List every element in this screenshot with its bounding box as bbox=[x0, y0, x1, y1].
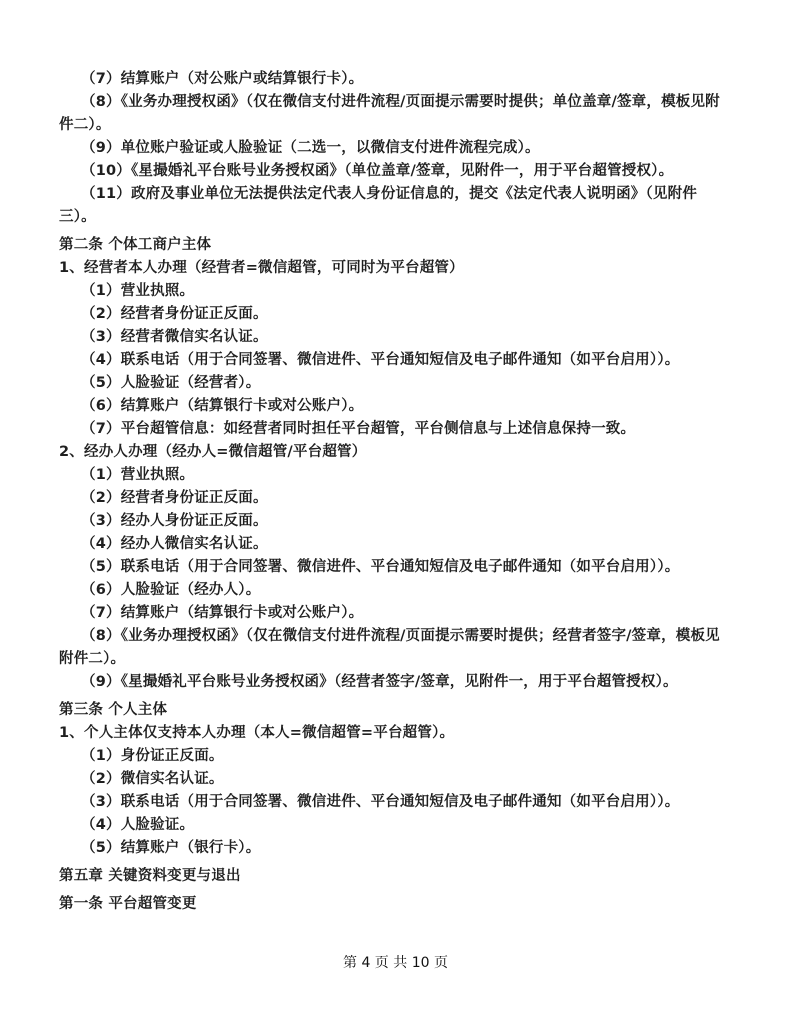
clause-item: （5）结算账户（银行卡）。 bbox=[59, 837, 731, 860]
clause-item: （1）身份证正反面。 bbox=[59, 745, 731, 768]
clause-item: （9）单位账户验证或人脸验证（二选一，以微信支付进件流程完成）。 bbox=[59, 137, 731, 160]
chapter-heading: 第五章 关键资料变更与退出 bbox=[59, 865, 731, 888]
clause-item: （7）平台超管信息：如经营者同时担任平台超管，平台侧信息与上述信息保持一致。 bbox=[59, 418, 731, 441]
clause-item: （5）联系电话（用于合同签署、微信进件、平台通知短信及电子邮件通知（如平台启用）… bbox=[59, 556, 731, 579]
clause-item: （5）人脸验证（经营者）。 bbox=[59, 372, 731, 395]
clause-item: （3）经办人身份证正反面。 bbox=[59, 510, 731, 533]
document-page: （7）结算账户（对公账户或结算银行卡）。 （8）《业务办理授权函》（仅在微信支付… bbox=[0, 0, 791, 1024]
clause-item: （8）《业务办理授权函》（仅在微信支付进件流程/页面提示需要时提供；单位盖章/签… bbox=[59, 91, 731, 137]
clause-item: （11）政府及事业单位无法提供法定代表人身份证信息的，提交《法定代表人说明函》（… bbox=[59, 183, 731, 229]
clause-item: （3）联系电话（用于合同签署、微信进件、平台通知短信及电子邮件通知（如平台启用）… bbox=[59, 791, 731, 814]
clause-item: （8）《业务办理授权函》（仅在微信支付进件流程/页面提示需要时提供；经营者签字/… bbox=[59, 625, 731, 671]
clause-item: （4）人脸验证。 bbox=[59, 814, 731, 837]
clause-item: （4）经办人微信实名认证。 bbox=[59, 533, 731, 556]
page-number: 第 4 页 共 10 页 bbox=[0, 953, 791, 973]
clause-item: （2）经营者身份证正反面。 bbox=[59, 303, 731, 326]
clause-item: （2）微信实名认证。 bbox=[59, 768, 731, 791]
list-header: 1、经营者本人办理（经营者=微信超管，可同时为平台超管） bbox=[59, 257, 731, 280]
clause-item: （6）结算账户（结算银行卡或对公账户）。 bbox=[59, 395, 731, 418]
clause-item: （7）结算账户（对公账户或结算银行卡）。 bbox=[59, 68, 731, 91]
clause-item: （9）《星撮婚礼平台账号业务授权函》（经营者签字/签章，见附件一，用于平台超管授… bbox=[59, 671, 731, 694]
clause-item: （1）营业执照。 bbox=[59, 280, 731, 303]
clause-item: （6）人脸验证（经办人）。 bbox=[59, 579, 731, 602]
clause-item: （4）联系电话（用于合同签署、微信进件、平台通知短信及电子邮件通知（如平台启用）… bbox=[59, 349, 731, 372]
clause-item: （7）结算账户（结算银行卡或对公账户）。 bbox=[59, 602, 731, 625]
section-heading: 第二条 个体工商户主体 bbox=[59, 234, 731, 257]
section-heading: 第一条 平台超管变更 bbox=[59, 893, 731, 916]
list-header: 2、经办人办理（经办人=微信超管/平台超管） bbox=[59, 441, 731, 464]
list-header: 1、个人主体仅支持本人办理（本人=微信超管=平台超管）。 bbox=[59, 722, 731, 745]
section-heading: 第三条 个人主体 bbox=[59, 699, 731, 722]
clause-item: （3）经营者微信实名认证。 bbox=[59, 326, 731, 349]
clause-item: （1）营业执照。 bbox=[59, 464, 731, 487]
document-body: （7）结算账户（对公账户或结算银行卡）。 （8）《业务办理授权函》（仅在微信支付… bbox=[59, 68, 731, 916]
clause-item: （10）《星撮婚礼平台账号业务授权函》（单位盖章/签章，见附件一，用于平台超管授… bbox=[59, 160, 731, 183]
clause-item: （2）经营者身份证正反面。 bbox=[59, 487, 731, 510]
